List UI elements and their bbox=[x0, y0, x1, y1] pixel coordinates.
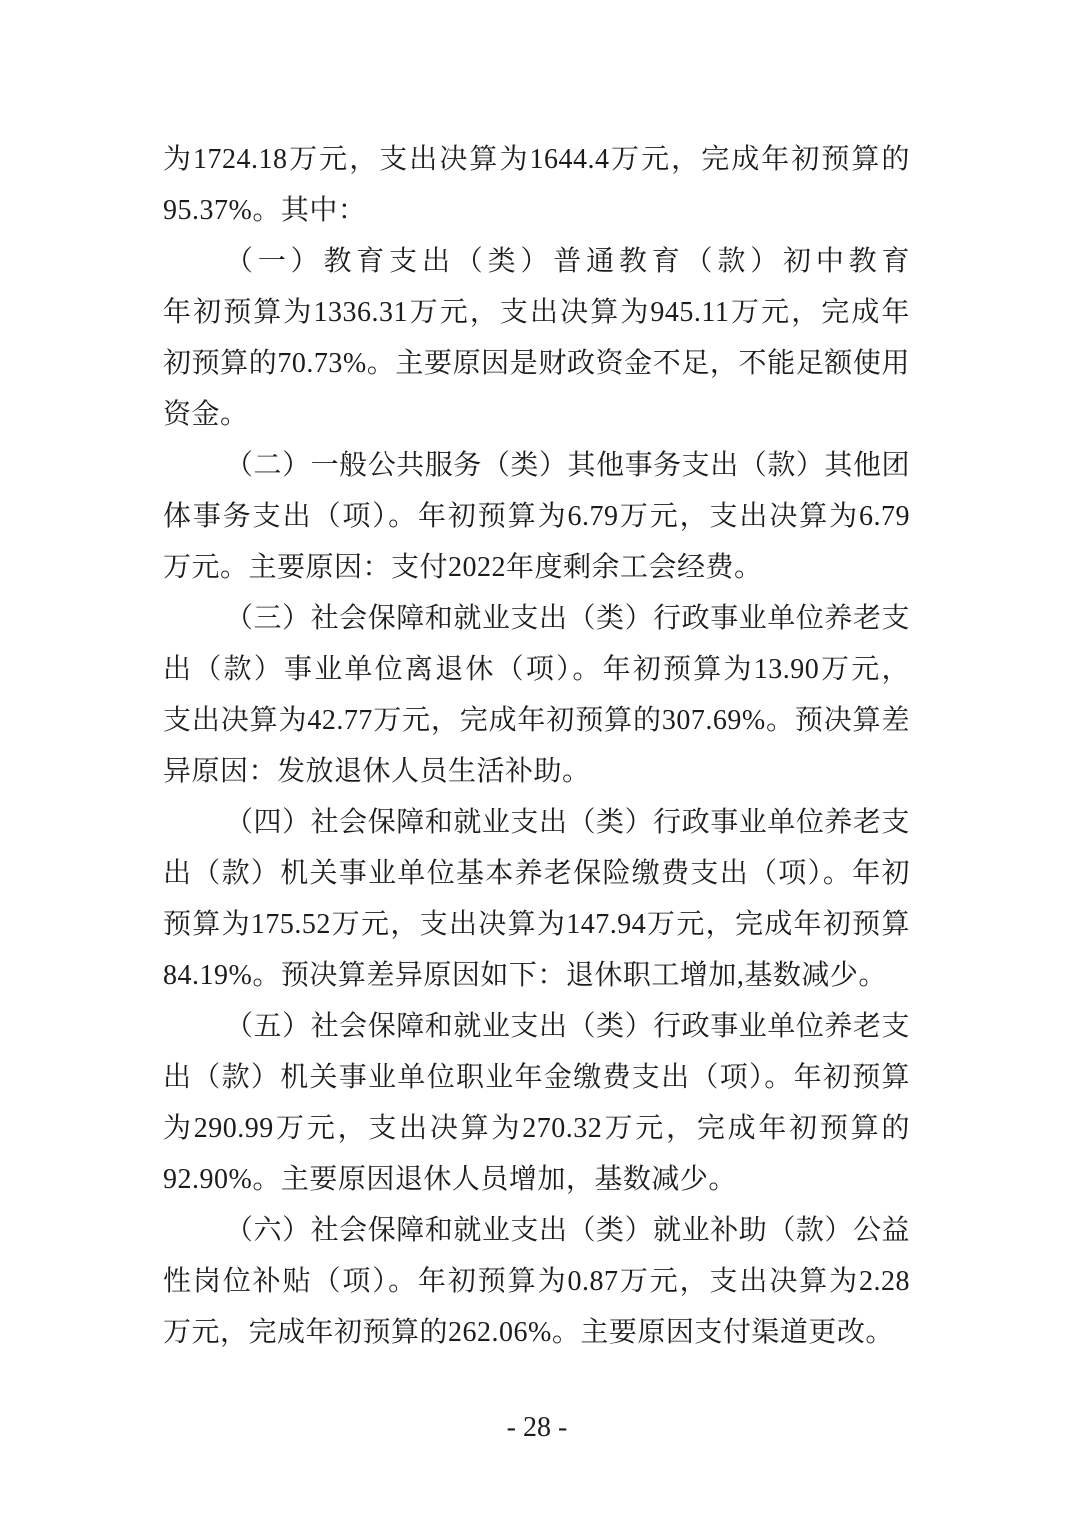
text-line: 预算为175.52万元，支出决算为147.94万元，完成年初预算 bbox=[163, 899, 910, 950]
text-line: 支出决算为42.77万元，完成年初预算的307.69%。预决算差 bbox=[163, 695, 910, 746]
text-line: （一）教育支出（类）普通教育（款）初中教育（项）。 bbox=[163, 236, 910, 287]
text-line: 出（款）机关事业单位职业年金缴费支出（项）。年初预算 bbox=[163, 1052, 910, 1103]
text-line: 性岗位补贴（项）。年初预算为0.87万元，支出决算为2.28 bbox=[163, 1256, 910, 1307]
text-line: （三）社会保障和就业支出（类）行政事业单位养老支 bbox=[163, 593, 910, 644]
text-line: 万元，完成年初预算的262.06%。主要原因支付渠道更改。 bbox=[163, 1307, 910, 1358]
text-line: 出（款）机关事业单位基本养老保险缴费支出（项）。年初 bbox=[163, 848, 910, 899]
text-line: 初预算的70.73%。主要原因是财政资金不足，不能足额使用 bbox=[163, 338, 910, 389]
text-line: 万元。主要原因：支付2022年度剩余工会经费。 bbox=[163, 542, 910, 593]
text-line: 体事务支出（项）。年初预算为6.79万元，支出决算为6.79 bbox=[163, 491, 910, 542]
text-line: （五）社会保障和就业支出（类）行政事业单位养老支 bbox=[163, 1001, 910, 1052]
text-line: 84.19%。预决算差异原因如下：退休职工增加,基数减少。 bbox=[163, 950, 910, 1001]
document-body: 为1724.18万元，支出决算为1644.4万元，完成年初预算的95.37%。其… bbox=[163, 134, 910, 1358]
text-line: 年初预算为1336.31万元，支出决算为945.11万元，完成年 bbox=[163, 287, 910, 338]
page-number: - 28 - bbox=[0, 1404, 1074, 1452]
text-line: 资金。 bbox=[163, 389, 910, 440]
text-line: 异原因：发放退休人员生活补助。 bbox=[163, 746, 910, 797]
text-line: 出（款）事业单位离退休（项）。年初预算为13.90万元， bbox=[163, 644, 910, 695]
text-line: （四）社会保障和就业支出（类）行政事业单位养老支 bbox=[163, 797, 910, 848]
text-line: （二）一般公共服务（类）其他事务支出（款）其他团 bbox=[163, 440, 910, 491]
document-page: 为1724.18万元，支出决算为1644.4万元，完成年初预算的95.37%。其… bbox=[0, 0, 1074, 1520]
text-line: 92.90%。主要原因退休人员增加，基数减少。 bbox=[163, 1154, 910, 1205]
text-line: 为290.99万元，支出决算为270.32万元，完成年初预算的 bbox=[163, 1103, 910, 1154]
text-line: 95.37%。其中： bbox=[163, 185, 910, 236]
text-line: （六）社会保障和就业支出（类）就业补助（款）公益 bbox=[163, 1205, 910, 1256]
text-line: 为1724.18万元，支出决算为1644.4万元，完成年初预算的 bbox=[163, 134, 910, 185]
